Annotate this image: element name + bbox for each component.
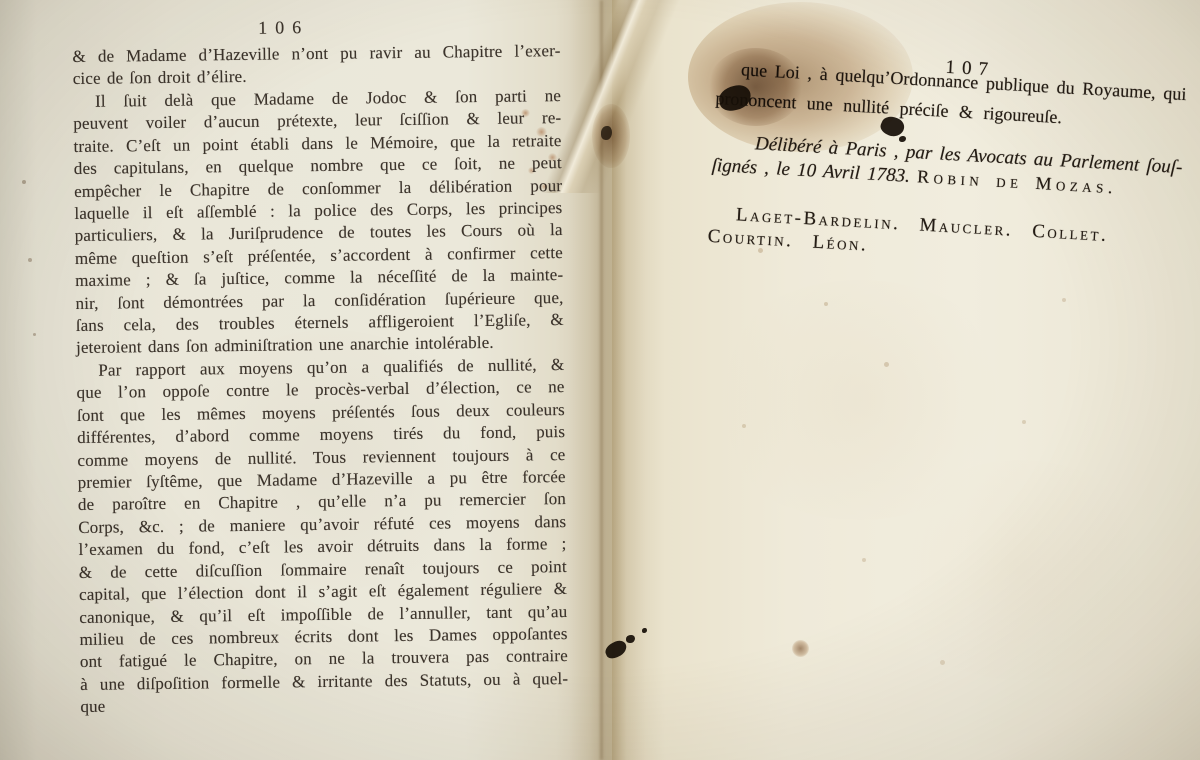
photo-vignette — [0, 0, 1200, 760]
book-photo: 106 & de Madame d’Hazeville n’ont pu rav… — [0, 0, 1200, 760]
